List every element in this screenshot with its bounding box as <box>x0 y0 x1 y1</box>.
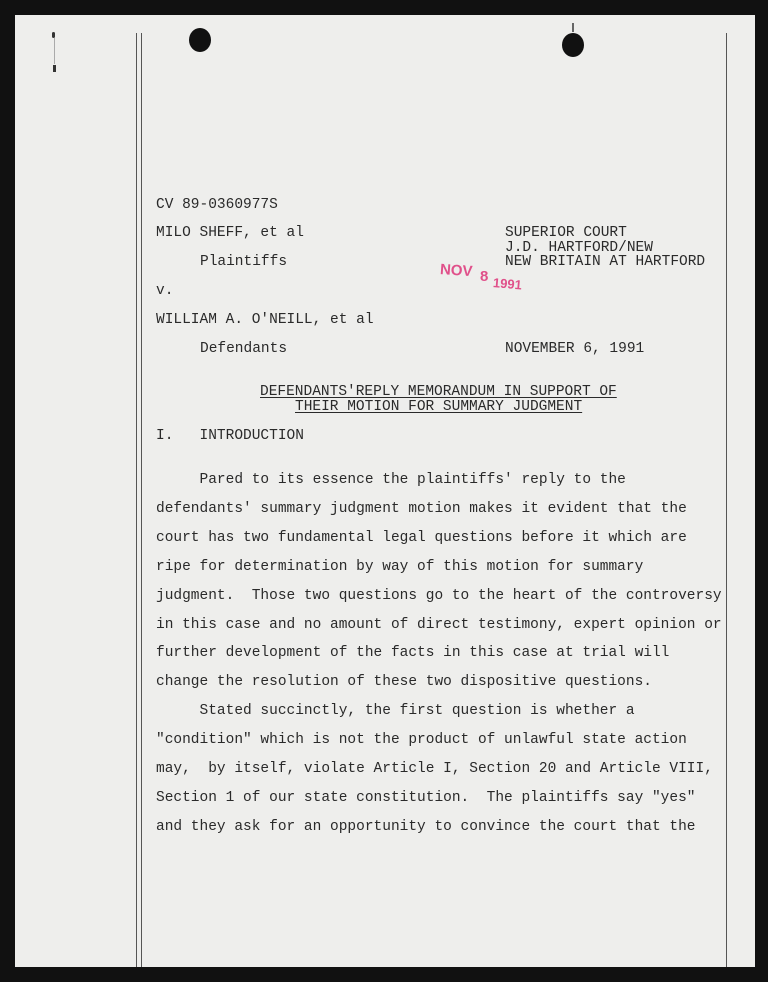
document-page: CV 89-0360977S MILO SHEFF, et al Plainti… <box>15 15 755 967</box>
received-stamp-month: NOV <box>439 262 473 280</box>
body-line: Section 1 of our state constitution. The… <box>156 790 696 806</box>
body-line: in this case and no amount of direct tes… <box>156 617 722 633</box>
body-line: "condition" which is not the product of … <box>156 732 687 748</box>
document-title-line-2: THEIR MOTION FOR SUMMARY JUDGMENT <box>295 399 582 415</box>
plaintiff-role: Plaintiffs <box>200 254 287 270</box>
received-stamp-day: 8 <box>480 269 488 285</box>
document-date: NOVEMBER 6, 1991 <box>505 341 644 357</box>
plaintiff-name: MILO SHEFF, et al <box>156 225 304 241</box>
defendant-name: WILLIAM A. O'NEILL, et al <box>156 312 374 328</box>
court-line-1: SUPERIOR COURT <box>505 225 627 241</box>
document-title-line-1: DEFENDANTS'REPLY MEMORANDUM IN SUPPORT O… <box>260 384 617 400</box>
court-line-3: NEW BRITAIN AT HARTFORD <box>505 254 705 270</box>
body-line: change the resolution of these two dispo… <box>156 674 652 690</box>
body-line: and they ask for an opportunity to convi… <box>156 819 696 835</box>
body-line: further development of the facts in this… <box>156 645 669 661</box>
margin-mark <box>54 38 55 64</box>
punch-hole-tick <box>572 23 574 32</box>
docket-number: CV 89-0360977S <box>156 197 278 213</box>
body-line: court has two fundamental legal question… <box>156 530 687 546</box>
right-margin-line <box>726 33 727 967</box>
left-margin-line-inner <box>141 33 142 967</box>
margin-mark <box>53 65 56 72</box>
body-line: Pared to its essence the plaintiffs' rep… <box>156 472 626 488</box>
punch-hole-right <box>562 33 584 57</box>
punch-hole-left <box>189 28 211 52</box>
section-heading: I. INTRODUCTION <box>156 428 304 444</box>
left-margin-line <box>136 33 137 967</box>
received-stamp-year: 1991 <box>492 275 522 293</box>
defendant-role: Defendants <box>200 341 287 357</box>
body-line: ripe for determination by way of this mo… <box>156 559 643 575</box>
body-line: may, by itself, violate Article I, Secti… <box>156 761 713 777</box>
body-line: defendants' summary judgment motion make… <box>156 501 687 517</box>
body-line: Stated succinctly, the first question is… <box>156 703 635 719</box>
body-line: judgment. Those two questions go to the … <box>156 588 722 604</box>
versus: v. <box>156 283 173 299</box>
